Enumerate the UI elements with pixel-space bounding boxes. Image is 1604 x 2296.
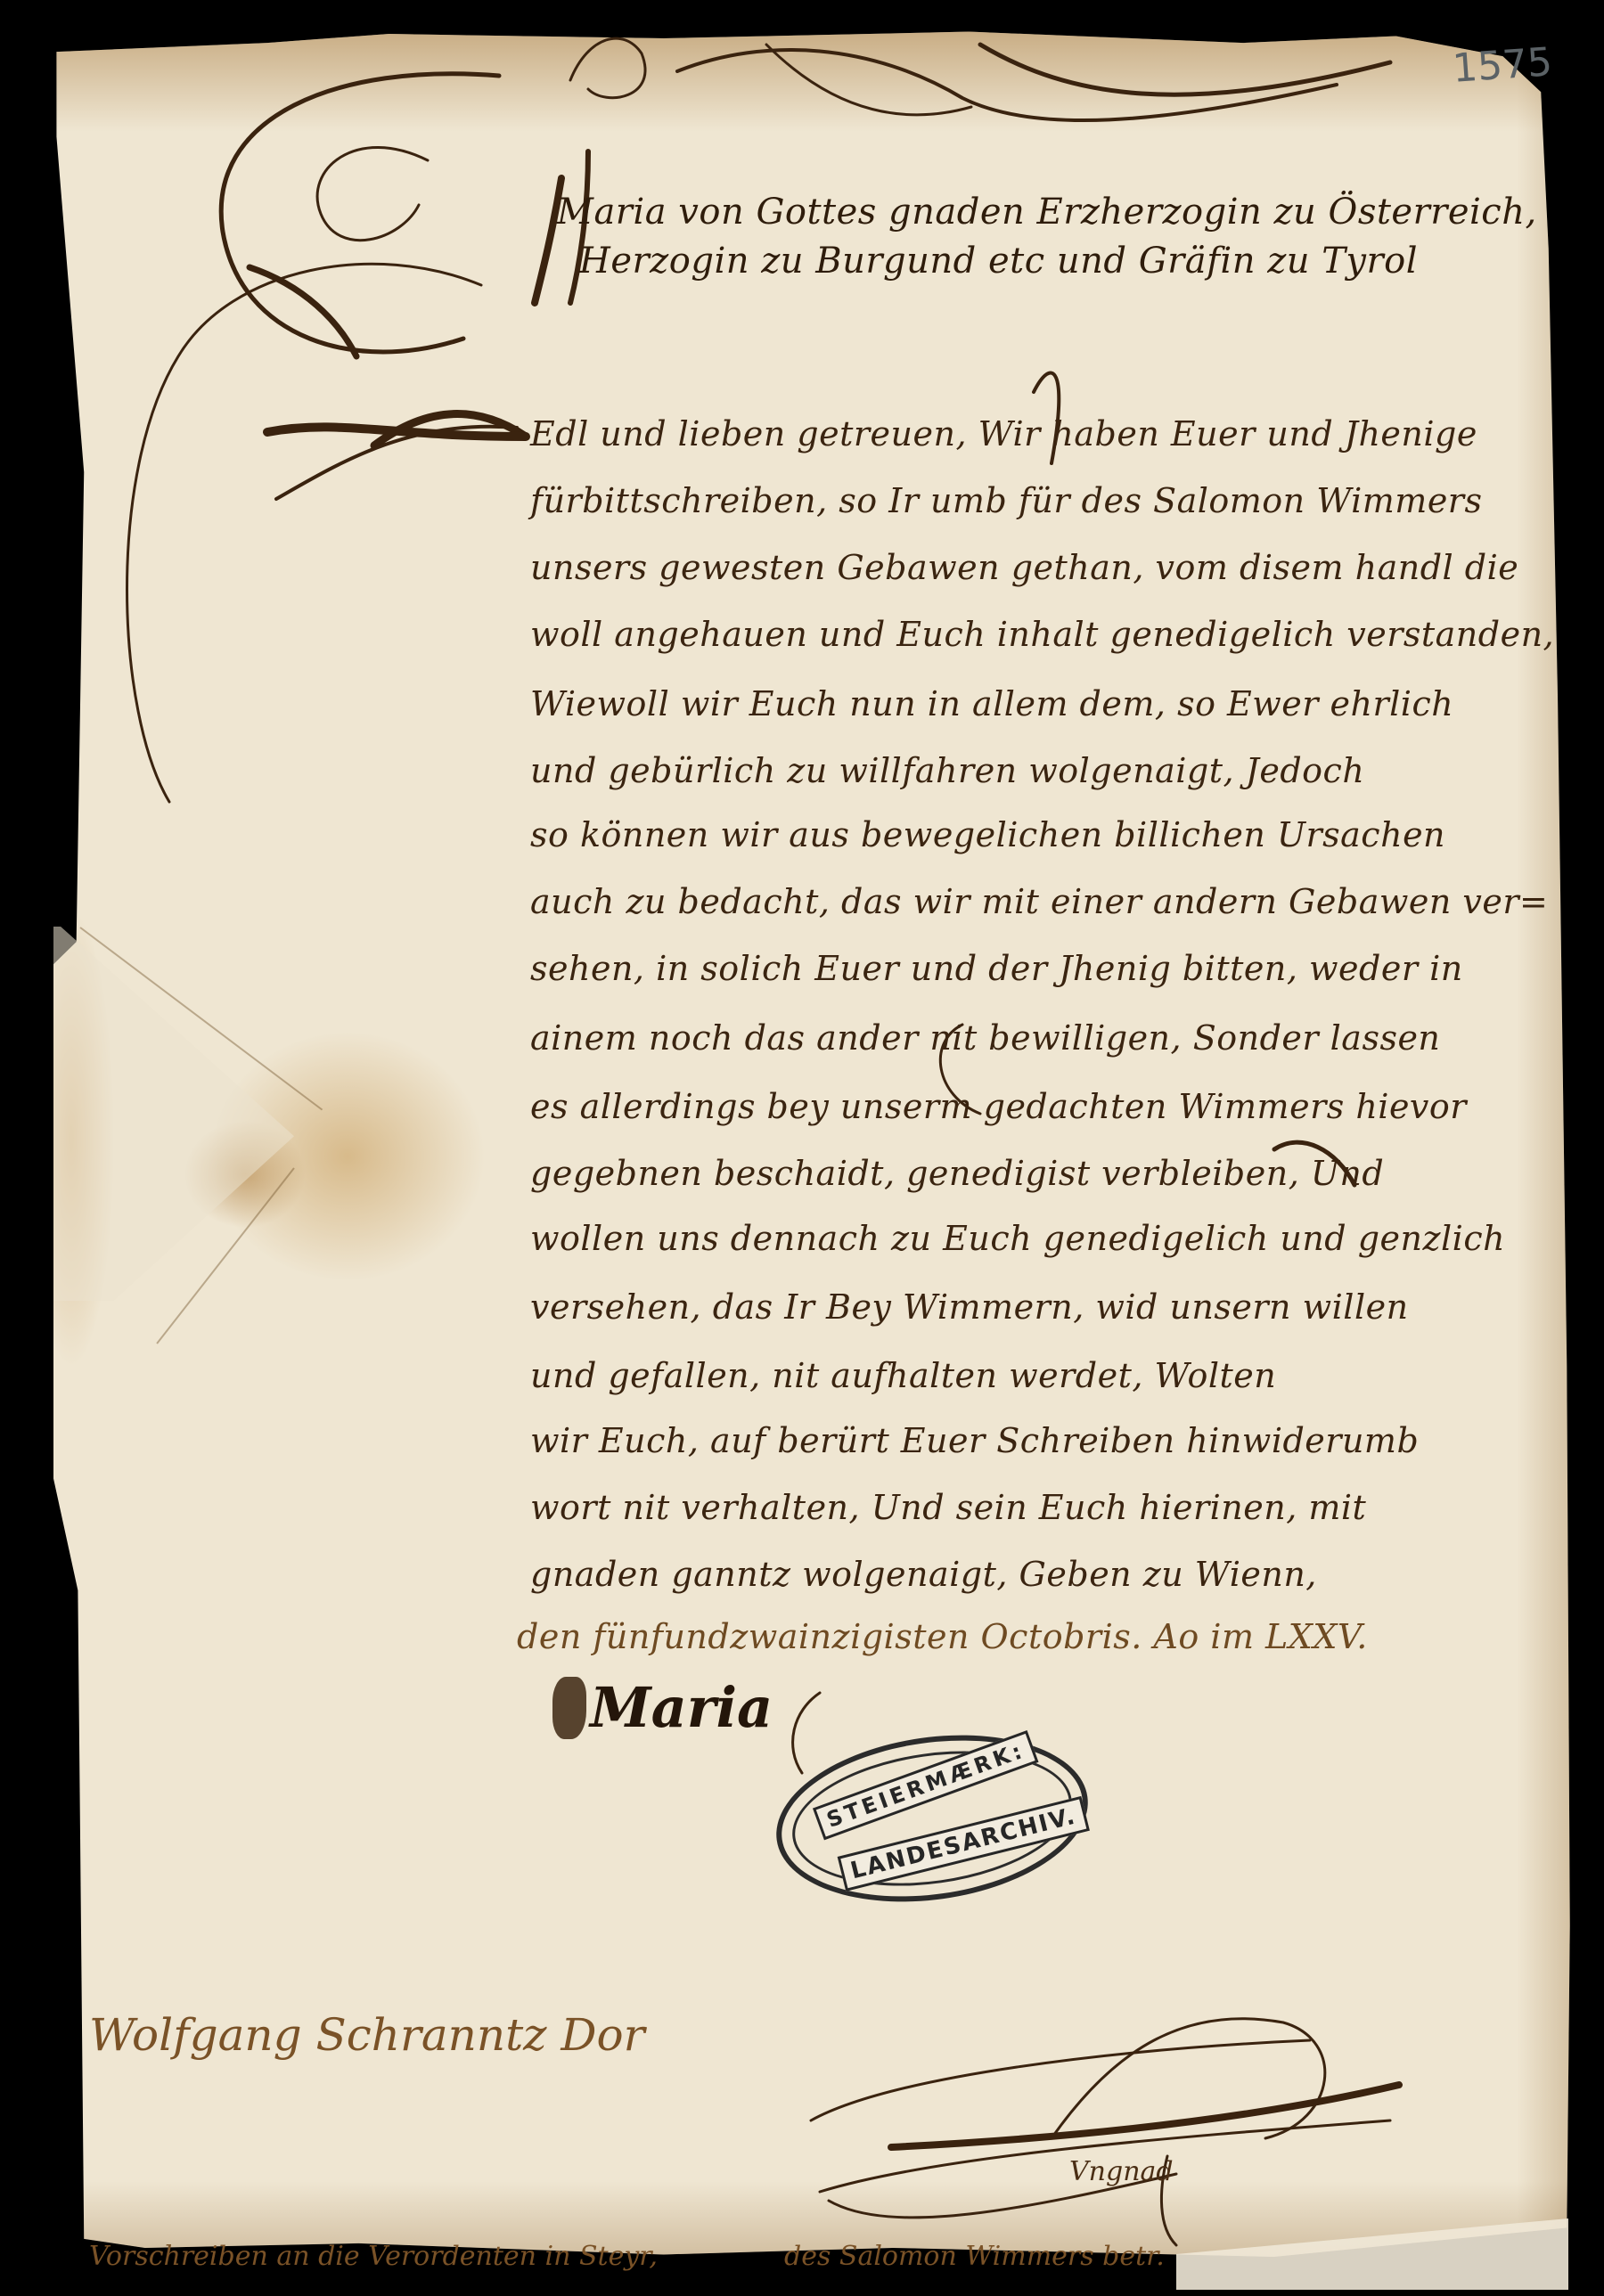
- title-line-2: Herzogin zu Burgund etc und Gräfin zu Ty…: [579, 241, 1418, 282]
- body-line: Edl und lieben getreuen, Wir haben Euer …: [530, 414, 1477, 453]
- body-line: so können wir aus bewegelichen billichen…: [530, 815, 1445, 854]
- body-line: Wiewoll wir Euch nun in allem dem, so Ew…: [530, 684, 1453, 723]
- signature-maria: Maria: [552, 1675, 773, 1740]
- archive-pencil-number: 1575: [1451, 39, 1553, 92]
- body-line: sehen, in solich Euer und der Jhenig bit…: [530, 949, 1463, 988]
- signature-secretary: Vngnad: [1069, 2156, 1174, 2187]
- body-line: gegebnen beschaidt, genedigist verbleibe…: [530, 1154, 1384, 1193]
- body-line: wort nit verhalten, Und sein Euch hierin…: [530, 1488, 1366, 1527]
- body-line: ainem noch das ander nit bewilligen, Son…: [530, 1018, 1440, 1058]
- body-line: fürbittschreiben, so Ir umb für des Salo…: [530, 481, 1482, 520]
- title-line-1: Maria von Gottes gnaden Erzherzogin zu Ö…: [557, 192, 1537, 233]
- ink-blot: [552, 1677, 586, 1739]
- body-line: versehen, das Ir Bey Wimmern, wid unsern…: [530, 1287, 1409, 1327]
- body-line: gnaden ganntz wolgenaigt, Geben zu Wienn…: [530, 1555, 1317, 1594]
- signature-wolfgang: Wolfgang Schranntz Dor: [89, 2009, 645, 2061]
- body-line-date: den fünfundzwainzigisten Octobris. Ao im…: [517, 1617, 1368, 1656]
- body-line: woll angehauen und Euch inhalt genedigel…: [530, 615, 1554, 654]
- bottom-annotation-left: Vorschreiben an die Verordenten in Steyr…: [89, 2241, 658, 2272]
- body-line: und gefallen, nit aufhalten werdet, Wolt…: [530, 1356, 1276, 1395]
- body-line: und gebürlich zu willfahren wolgenaigt, …: [530, 751, 1364, 790]
- bottom-annotation-right: des Salomon Wimmers betr.: [784, 2241, 1165, 2272]
- body-line: wollen uns dennach zu Euch genedigelich …: [530, 1219, 1505, 1258]
- body-line: auch zu bedacht, das wir mit einer ander…: [530, 882, 1548, 921]
- body-line: unsers gewesten Gebawen gethan, vom dise…: [530, 548, 1518, 587]
- body-line: es allerdings bey unserm gedachten Wimme…: [530, 1087, 1467, 1126]
- body-line: wir Euch, auf berürt Euer Schreiben hinw…: [530, 1421, 1419, 1460]
